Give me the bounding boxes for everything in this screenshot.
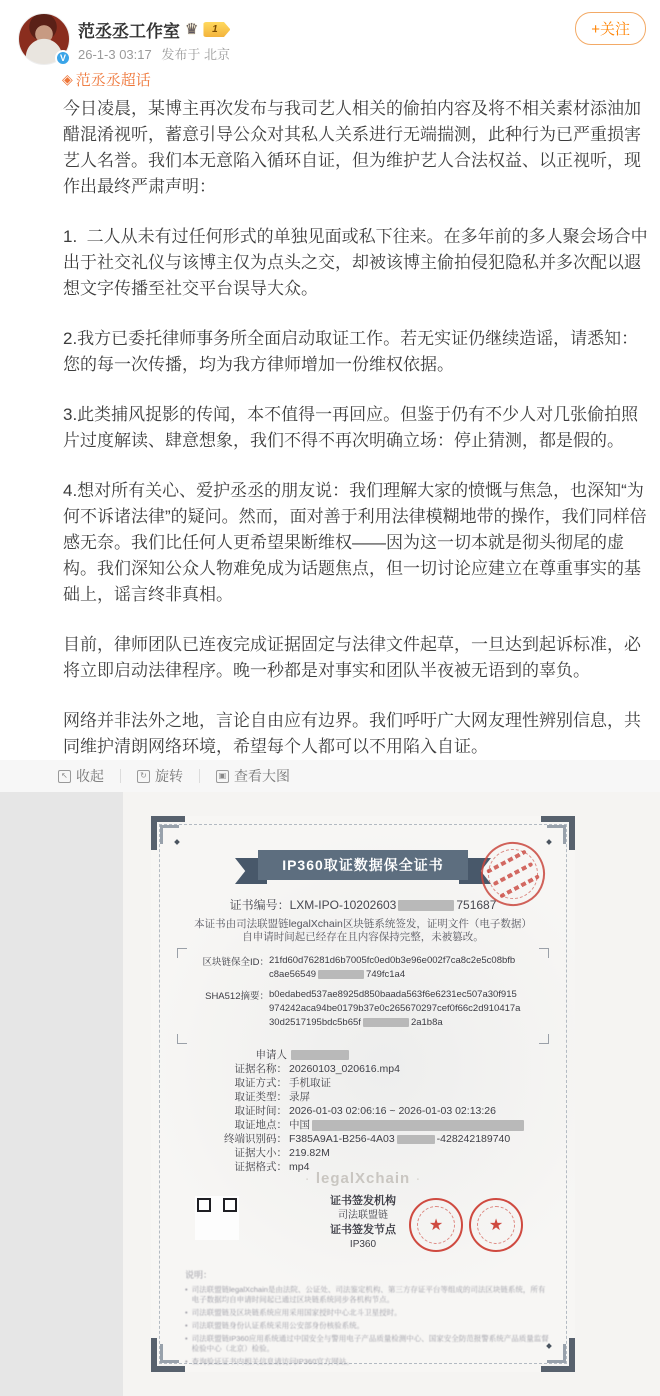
view-large-button[interactable]: ▣ 查看大图 (216, 766, 290, 786)
hash-line: 2a1b8a (411, 1017, 443, 1028)
sha512-row: SHA512摘要： b0edabed537ae8925d850baada563f… (189, 988, 543, 1030)
detail-label: 取证类型： (169, 1090, 287, 1104)
image-toolbar: ↖ 收起 ↻ 旋转 ▣ 查看大图 (0, 760, 660, 792)
detail-row: 终端识别码：F385A9A1-B256-4A03-428242189740 (169, 1132, 563, 1146)
rotate-button[interactable]: ↻ 旋转 (137, 766, 183, 786)
detail-value: 录屏 (287, 1090, 563, 1104)
intro-line: 自申请时间起已经存在且内容保持完整，未被篡改。 (151, 931, 575, 944)
blockchain-id-row: 区块链保全ID： 21fd60d76281d6b7005fc0ed0b3e96e… (189, 954, 543, 982)
hash-line: 974242aca94be0179b37e0c265670297cef0f66c… (269, 1003, 520, 1014)
issuer-seal-icon: ★ (409, 1198, 463, 1252)
detail-label: 取证时间： (169, 1104, 287, 1118)
detail-label: 申请人 (169, 1048, 287, 1062)
corner-bracket (151, 816, 185, 850)
redaction-block (318, 970, 364, 979)
redaction-block (398, 900, 454, 911)
paragraph: 4.想对所有关心、爱护丞丞的朋友说：我们理解大家的愤慨与焦急，也深知“为何不诉诸… (63, 478, 648, 608)
post-meta: 26-1-3 03:17 发布于 北京 (78, 44, 236, 63)
hash-corner (177, 948, 187, 958)
hash-line: c8ae56549 (269, 969, 316, 980)
paragraph: 今日凌晨，某博主再次发布与我司艺人相关的偷拍内容及将不相关素材添油加醋混淆视听，… (63, 96, 648, 200)
detail-row: 证据大小：219.82M (169, 1146, 563, 1160)
post-location: 发布于 北京 (161, 47, 230, 62)
redaction-block (397, 1135, 435, 1144)
toolbar-divider (199, 769, 200, 783)
redaction-block (291, 1050, 349, 1060)
collapse-label: 收起 (76, 766, 104, 786)
legalxchain-watermark: · legalXchain · (151, 1170, 575, 1187)
note-item: 司法联盟链IP360应用系统通过中国安全与警用电子产品质量检测中心、国家安全防范… (185, 1334, 551, 1354)
detail-value: 手机取证 (287, 1076, 563, 1090)
post-time: 26-1-3 03:17 (78, 47, 152, 62)
detail-value: 20260103_020616.mp4 (287, 1062, 563, 1076)
supertopic-link[interactable]: ◈ 范丞丞超话 (62, 69, 151, 90)
notes-section: 说明： 司法联盟链legalXchain是由法院、公证处、司法鉴定机构、第三方存… (185, 1268, 551, 1370)
follow-button[interactable]: +关注 (575, 12, 646, 45)
toolbar-divider (120, 769, 121, 783)
detail-value: 219.82M (287, 1146, 563, 1160)
avatar[interactable]: V (18, 13, 70, 65)
detail-row: 申请人 (169, 1048, 563, 1062)
blockchain-id-label: 区块链保全ID： (189, 954, 269, 982)
detail-value: 2026-01-03 02:06:16 ~ 2026-01-03 02:13:2… (287, 1104, 563, 1118)
intro-line: 本证书由司法联盟链legalXchain区块链系统签发，证明文件（电子数据） (151, 918, 575, 931)
detail-row: 取证类型：录屏 (169, 1090, 563, 1104)
detail-value (287, 1048, 563, 1062)
sha512-value: b0edabed537ae8925d850baada563f6e6231ec50… (269, 988, 543, 1030)
detail-value-text: F385A9A1-B256-4A03 (289, 1133, 395, 1145)
crown-icon: ♛ (185, 22, 198, 37)
verified-badge-icon: V (55, 50, 71, 66)
hash-line: b0edabed537ae8925d850baada563f6e6231ec50… (269, 989, 517, 1000)
note-item: 司法联盟链legalXchain是由法院、公证处、司法鉴定机构、第三方存证平台等… (185, 1285, 551, 1305)
certificate-title: IP360取证数据保全证书 (258, 850, 468, 880)
paragraph: 3.此类捕风捉影的传闻，本不值得一再回应。但鉴于仍有不少人对几张偷拍照片过度解读… (63, 402, 648, 454)
detail-label: 取证方式： (169, 1076, 287, 1090)
certificate: IP360取证数据保全证书 证书编号：LXM-IPO-1020260375168… (151, 816, 575, 1372)
note-item: 查询验证证书内相关信息请访问IP360官方网站。 (185, 1357, 551, 1367)
detail-label: 证据名称： (169, 1062, 287, 1076)
blockchain-id-value: 21fd60d76281d6b7005fc0ed0b3e96e002f7ca8c… (269, 954, 543, 982)
post-header: V 范丞丞工作室 ♛ 1 26-1-3 03:17 发布于 北京 +关注 ◈ 范… (0, 0, 660, 96)
detail-label: 取证地点： (169, 1118, 287, 1132)
paragraph: 目前，律师团队已连夜完成证据固定与法律文件起草，一旦达到起诉标准，必将立即启动法… (63, 632, 648, 684)
detail-value-text: -428242189740 (437, 1133, 511, 1145)
detail-row: 取证地点：中国 (169, 1118, 563, 1132)
detail-value: 中国 (287, 1118, 563, 1132)
qr-code (197, 1198, 237, 1238)
hash-line: 21fd60d76281d6b7005fc0ed0b3e96e002f7ca8c… (269, 955, 515, 966)
sha512-label: SHA512摘要： (189, 988, 269, 1030)
certificate-intro: 本证书由司法联盟链legalXchain区块链系统签发，证明文件（电子数据） 自… (151, 918, 575, 944)
cert-no-label: 证书编号： (230, 898, 290, 912)
notes-title: 说明： (185, 1268, 551, 1281)
note-item: 司法联盟链及区块链系统应用采用国家授时中心北斗卫星授时。 (185, 1308, 551, 1318)
watermark-text: legalXchain (316, 1170, 410, 1187)
collapse-button[interactable]: ↖ 收起 (58, 766, 104, 786)
evidence-details: 申请人 证据名称：20260103_020616.mp4 取证方式：手机取证 取… (169, 1048, 563, 1174)
hash-line: 30d2517195bdc5b65f (269, 1017, 361, 1028)
rotate-label: 旋转 (155, 766, 183, 786)
corner-bracket (151, 1338, 185, 1372)
supertopic-label: 范丞丞超话 (76, 69, 151, 90)
member-level-badge: 1 (203, 22, 230, 37)
paragraph: 2.我方已委托律师事务所全面启动取证工作。若无实证仍继续造谣，请悉知：您的每一次… (63, 326, 648, 378)
detail-value-text: 中国 (289, 1119, 310, 1131)
view-large-label: 查看大图 (234, 766, 290, 786)
detail-label: 终端识别码： (169, 1132, 287, 1146)
note-item: 司法联盟链身份认证系统采用公安部身份核验系统。 (185, 1321, 551, 1331)
cert-no-prefix: LXM-IPO-10202603 (290, 898, 397, 912)
hash-line: 749fc1a4 (366, 969, 405, 980)
paragraph: 1. 二人从未有过任何形式的单独见面或私下往来。在多年前的多人聚会场合中出于社交… (63, 224, 648, 302)
redaction-block (363, 1018, 409, 1027)
detail-row: 取证方式：手机取证 (169, 1076, 563, 1090)
collapse-icon: ↖ (58, 770, 71, 783)
corner-bracket (541, 816, 575, 850)
view-large-icon: ▣ (216, 770, 229, 783)
image-viewer: IP360取证数据保全证书 证书编号：LXM-IPO-1020260375168… (0, 792, 660, 1396)
weibo-post-page: V 范丞丞工作室 ♛ 1 26-1-3 03:17 发布于 北京 +关注 ◈ 范… (0, 0, 660, 1396)
detail-value: F385A9A1-B256-4A03-428242189740 (287, 1132, 563, 1146)
hash-corner (177, 1034, 187, 1044)
author-name[interactable]: 范丞丞工作室 (78, 17, 180, 42)
issuer-seal-icon: ★ (469, 1198, 523, 1252)
supertopic-diamond-icon: ◈ (62, 71, 73, 88)
post-text: 今日凌晨，某博主再次发布与我司艺人相关的偷拍内容及将不相关素材添油加醋混淆视听，… (0, 96, 660, 760)
cert-no-suffix: 751687 (456, 898, 496, 912)
detail-label: 证据大小： (169, 1146, 287, 1160)
certificate-image[interactable]: IP360取证数据保全证书 证书编号：LXM-IPO-1020260375168… (123, 792, 660, 1396)
hash-section: 区块链保全ID： 21fd60d76281d6b7005fc0ed0b3e96e… (177, 948, 549, 1044)
rotate-icon: ↻ (137, 770, 150, 783)
detail-row: 证据名称：20260103_020616.mp4 (169, 1062, 563, 1076)
redaction-block (312, 1120, 524, 1131)
detail-row: 取证时间：2026-01-03 02:06:16 ~ 2026-01-03 02… (169, 1104, 563, 1118)
paragraph: 网络并非法外之地，言论自由应有边界。我们呼吁广大网友理性辨别信息，共同维护清朗网… (63, 708, 648, 760)
